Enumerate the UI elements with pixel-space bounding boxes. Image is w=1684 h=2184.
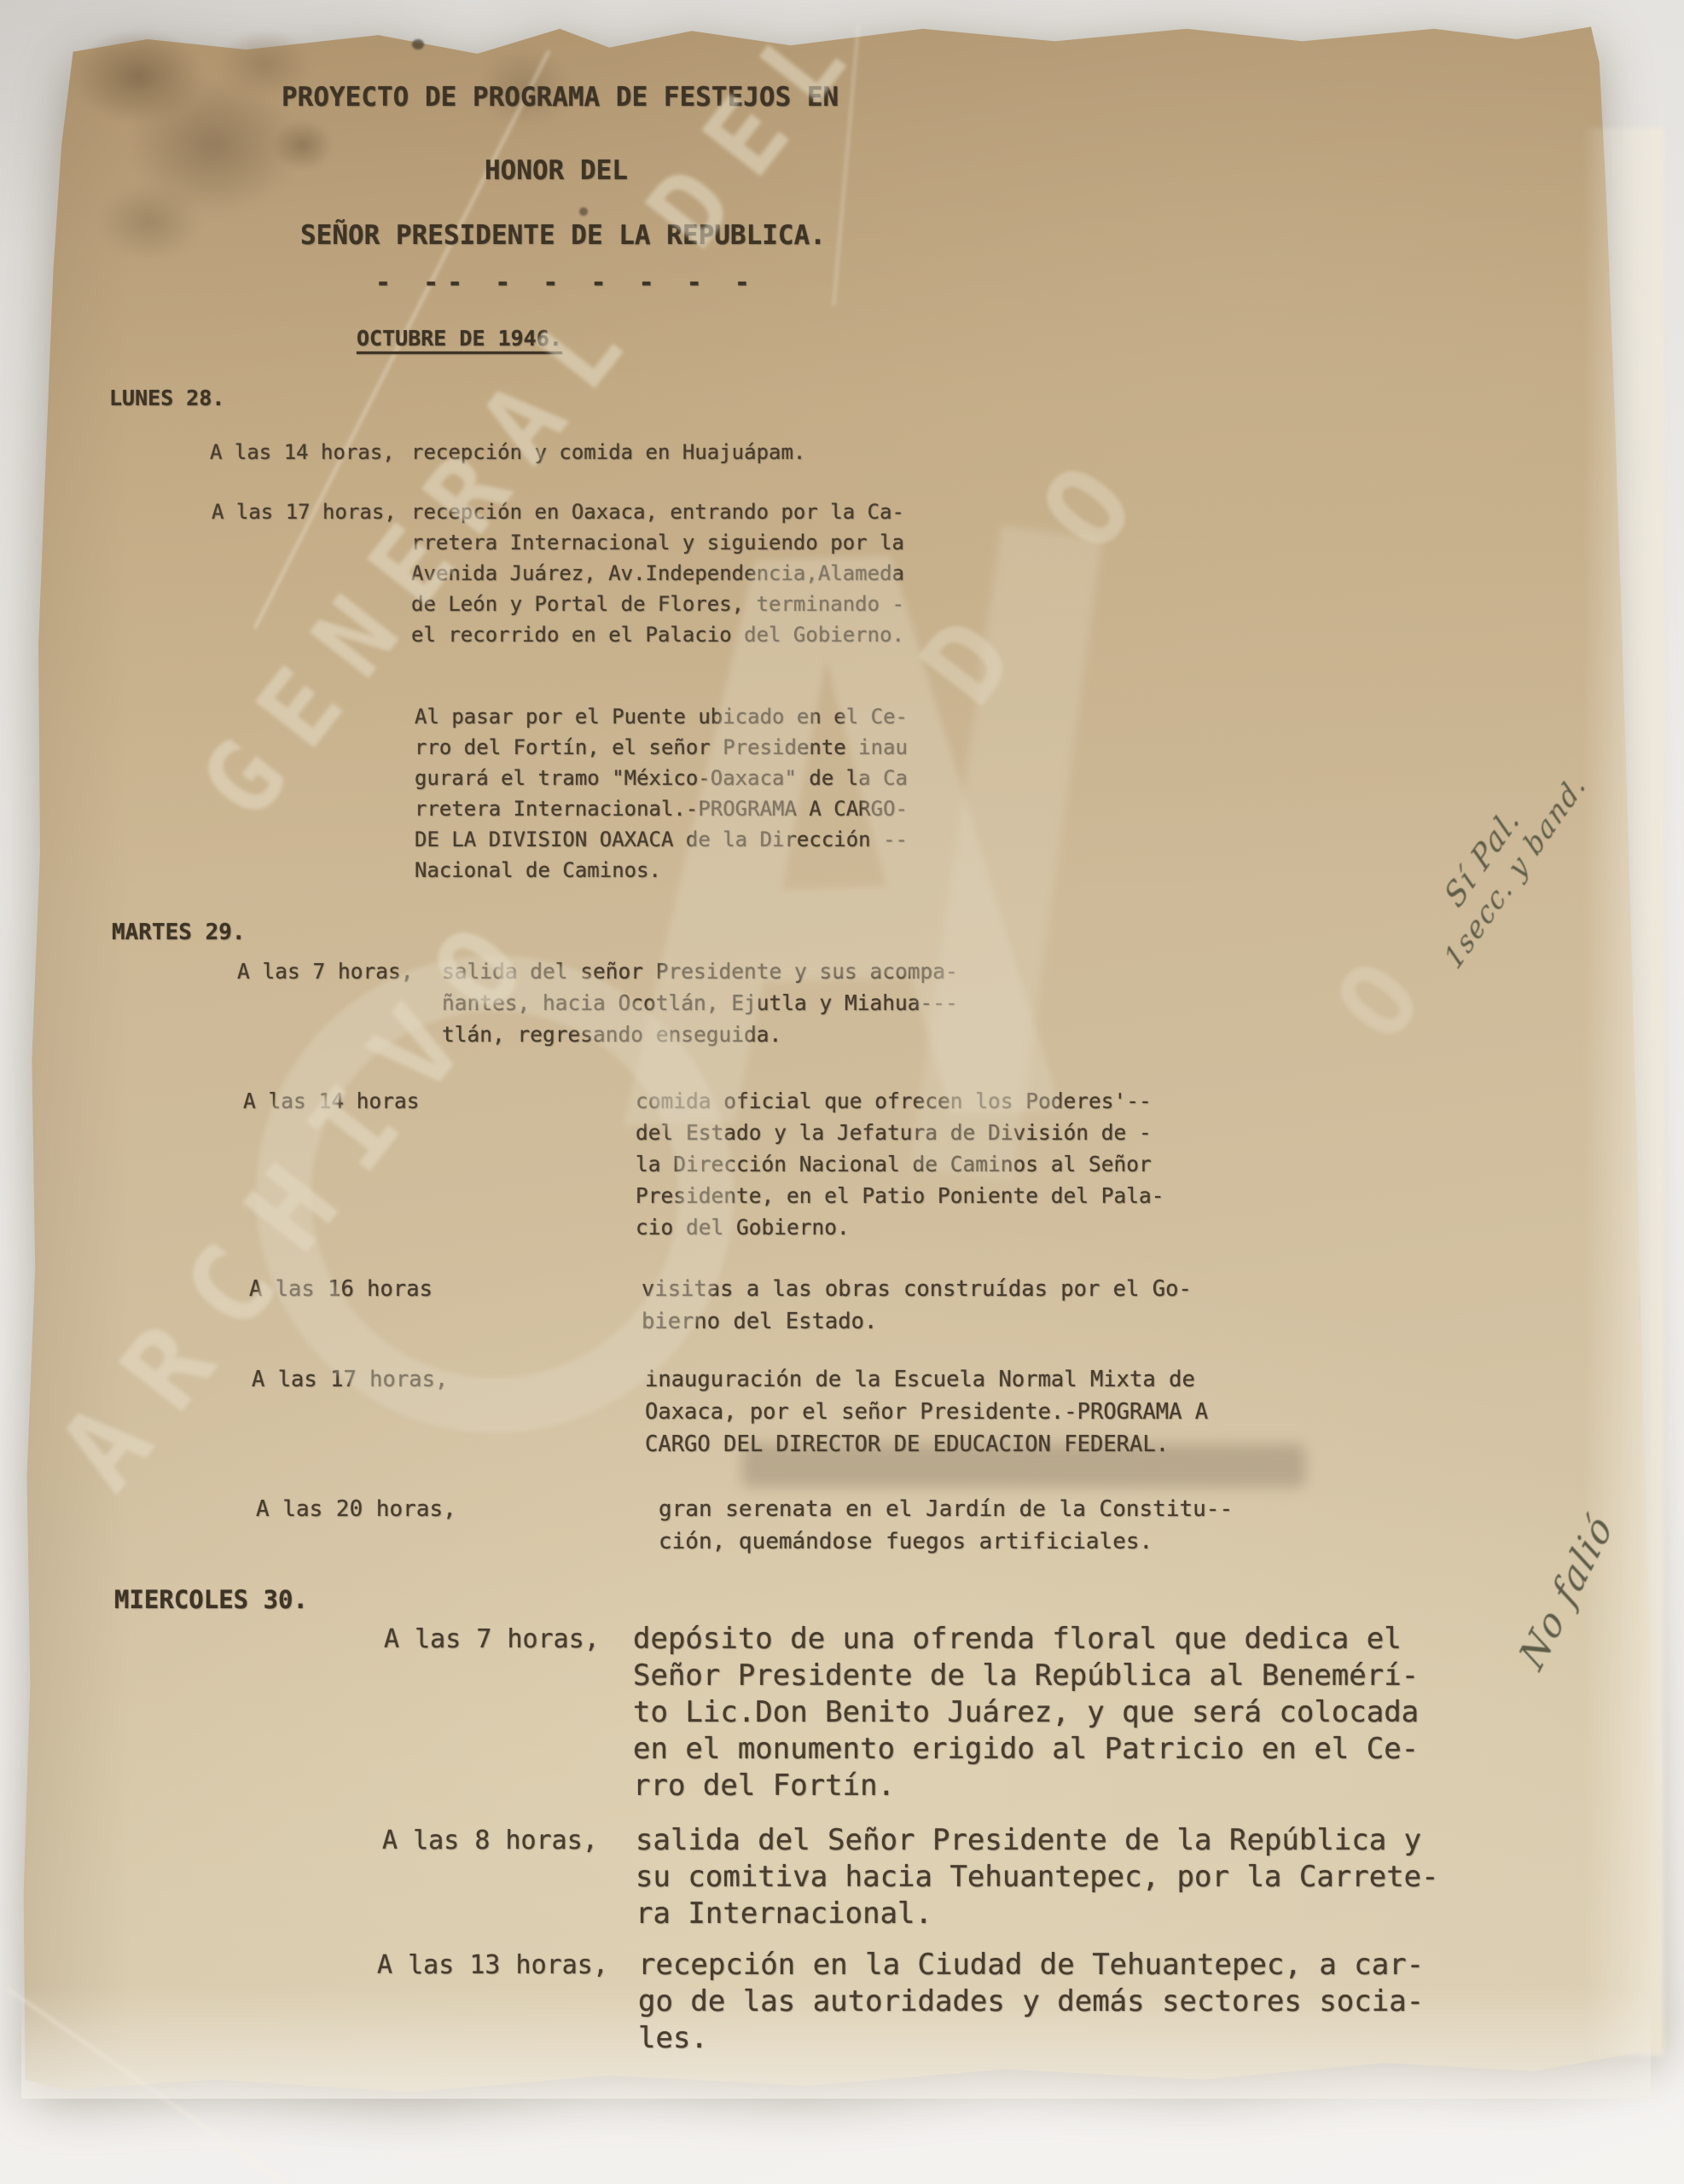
title-line-3: SEÑOR PRESIDENTE DE LA REPUBLICA.: [300, 220, 826, 251]
entry-text: recepción y comida en Huajuápam.: [411, 437, 805, 468]
date-heading: OCTUBRE DE 1946.: [357, 326, 562, 351]
entry-text: recepción en Oaxaca, entrando por la Ca-…: [411, 497, 904, 650]
entry-time: A las 17 horas,: [252, 1363, 448, 1396]
entry-time: A las 14 horas: [243, 1085, 420, 1117]
entry-text: salida del Señor Presidente de la Repúbl…: [636, 1822, 1439, 1932]
entry-time: A las 20 horas,: [256, 1493, 456, 1525]
day-label-miercoles: MIERCOLES 30.: [114, 1585, 308, 1614]
entry-time: A las 14 horas,: [210, 437, 395, 468]
entry-time: A las 16 horas: [249, 1273, 433, 1305]
entry-text: Al pasar por el Puente ubicado en el Ce-…: [415, 701, 908, 886]
entry-time: A las 7 horas,: [384, 1621, 600, 1658]
entry-text: salida del señor Presidente y sus acompa…: [442, 955, 958, 1050]
entry-time: A las 8 horas,: [382, 1822, 598, 1859]
title-line-2: HONOR DEL: [485, 155, 628, 186]
entry-text: recepción en la Ciudad de Tehuantepec, a…: [638, 1947, 1424, 2057]
entry-text: depósito de una ofrenda floral que dedic…: [633, 1621, 1419, 1804]
archival-document-photo: PROYECTO DE PROGRAMA DE FESTEJOS EN HONO…: [0, 0, 1684, 2184]
title-dash-rule: - -- - - - - - -: [375, 268, 758, 298]
day-label-martes: MARTES 29.: [112, 920, 246, 945]
entry-text: gran serenata en el Jardín de la Constit…: [659, 1493, 1233, 1558]
entry-time: A las 13 horas,: [377, 1947, 608, 1984]
entry-time: A las 7 horas,: [237, 955, 414, 987]
entry-text: comida oficial que ofrecen los Poderes'-…: [636, 1085, 1164, 1243]
entry-time: A las 17 horas,: [212, 497, 397, 527]
entry-text: visitas a las obras construídas por el G…: [642, 1273, 1192, 1338]
day-label-lunes: LUNES 28.: [109, 386, 224, 410]
title-line-1: PROYECTO DE PROGRAMA DE FESTEJOS EN: [282, 82, 839, 113]
entry-text: inauguración de la Escuela Normal Mixta …: [645, 1363, 1208, 1461]
